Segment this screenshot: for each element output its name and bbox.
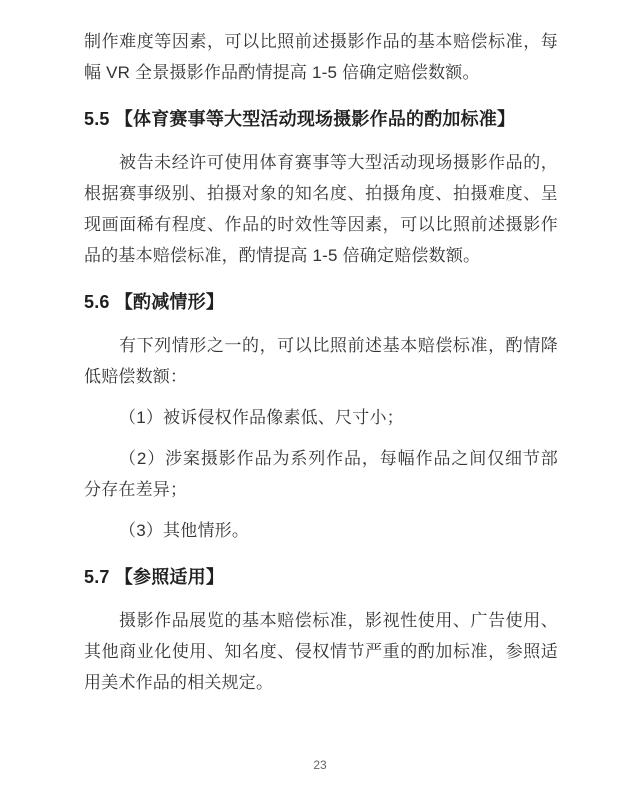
section-heading: 5.6 【酌减情形】 [84,287,558,318]
body-paragraph: （2）涉案摄影作品为系列作品，每幅作品之间仅细节部分存在差异； [84,443,558,505]
body-paragraph: （3）其他情形。 [84,515,558,546]
body-paragraph: （1）被诉侵权作品像素低、尺寸小； [84,402,558,433]
body-paragraph: 被告未经许可使用体育赛事等大型活动现场摄影作品的，根据赛事级别、拍摄对象的知名度… [84,147,558,271]
document-content: 制作难度等因素，可以比照前述摄影作品的基本赔偿标准，每幅 VR 全景摄影作品酌情… [84,26,558,708]
body-paragraph: 制作难度等因素，可以比照前述摄影作品的基本赔偿标准，每幅 VR 全景摄影作品酌情… [84,26,558,88]
body-paragraph: 有下列情形之一的，可以比照前述基本赔偿标准，酌情降低赔偿数额： [84,330,558,392]
section-heading: 5.7 【参照适用】 [84,562,558,593]
body-paragraph: 摄影作品展览的基本赔偿标准，影视性使用、广告使用、其他商业化使用、知名度、侵权情… [84,605,558,698]
document-page: 制作难度等因素，可以比照前述摄影作品的基本赔偿标准，每幅 VR 全景摄影作品酌情… [0,0,640,791]
page-number: 23 [0,758,640,772]
section-heading: 5.5 【体育赛事等大型活动现场摄影作品的酌加标准】 [84,104,558,135]
